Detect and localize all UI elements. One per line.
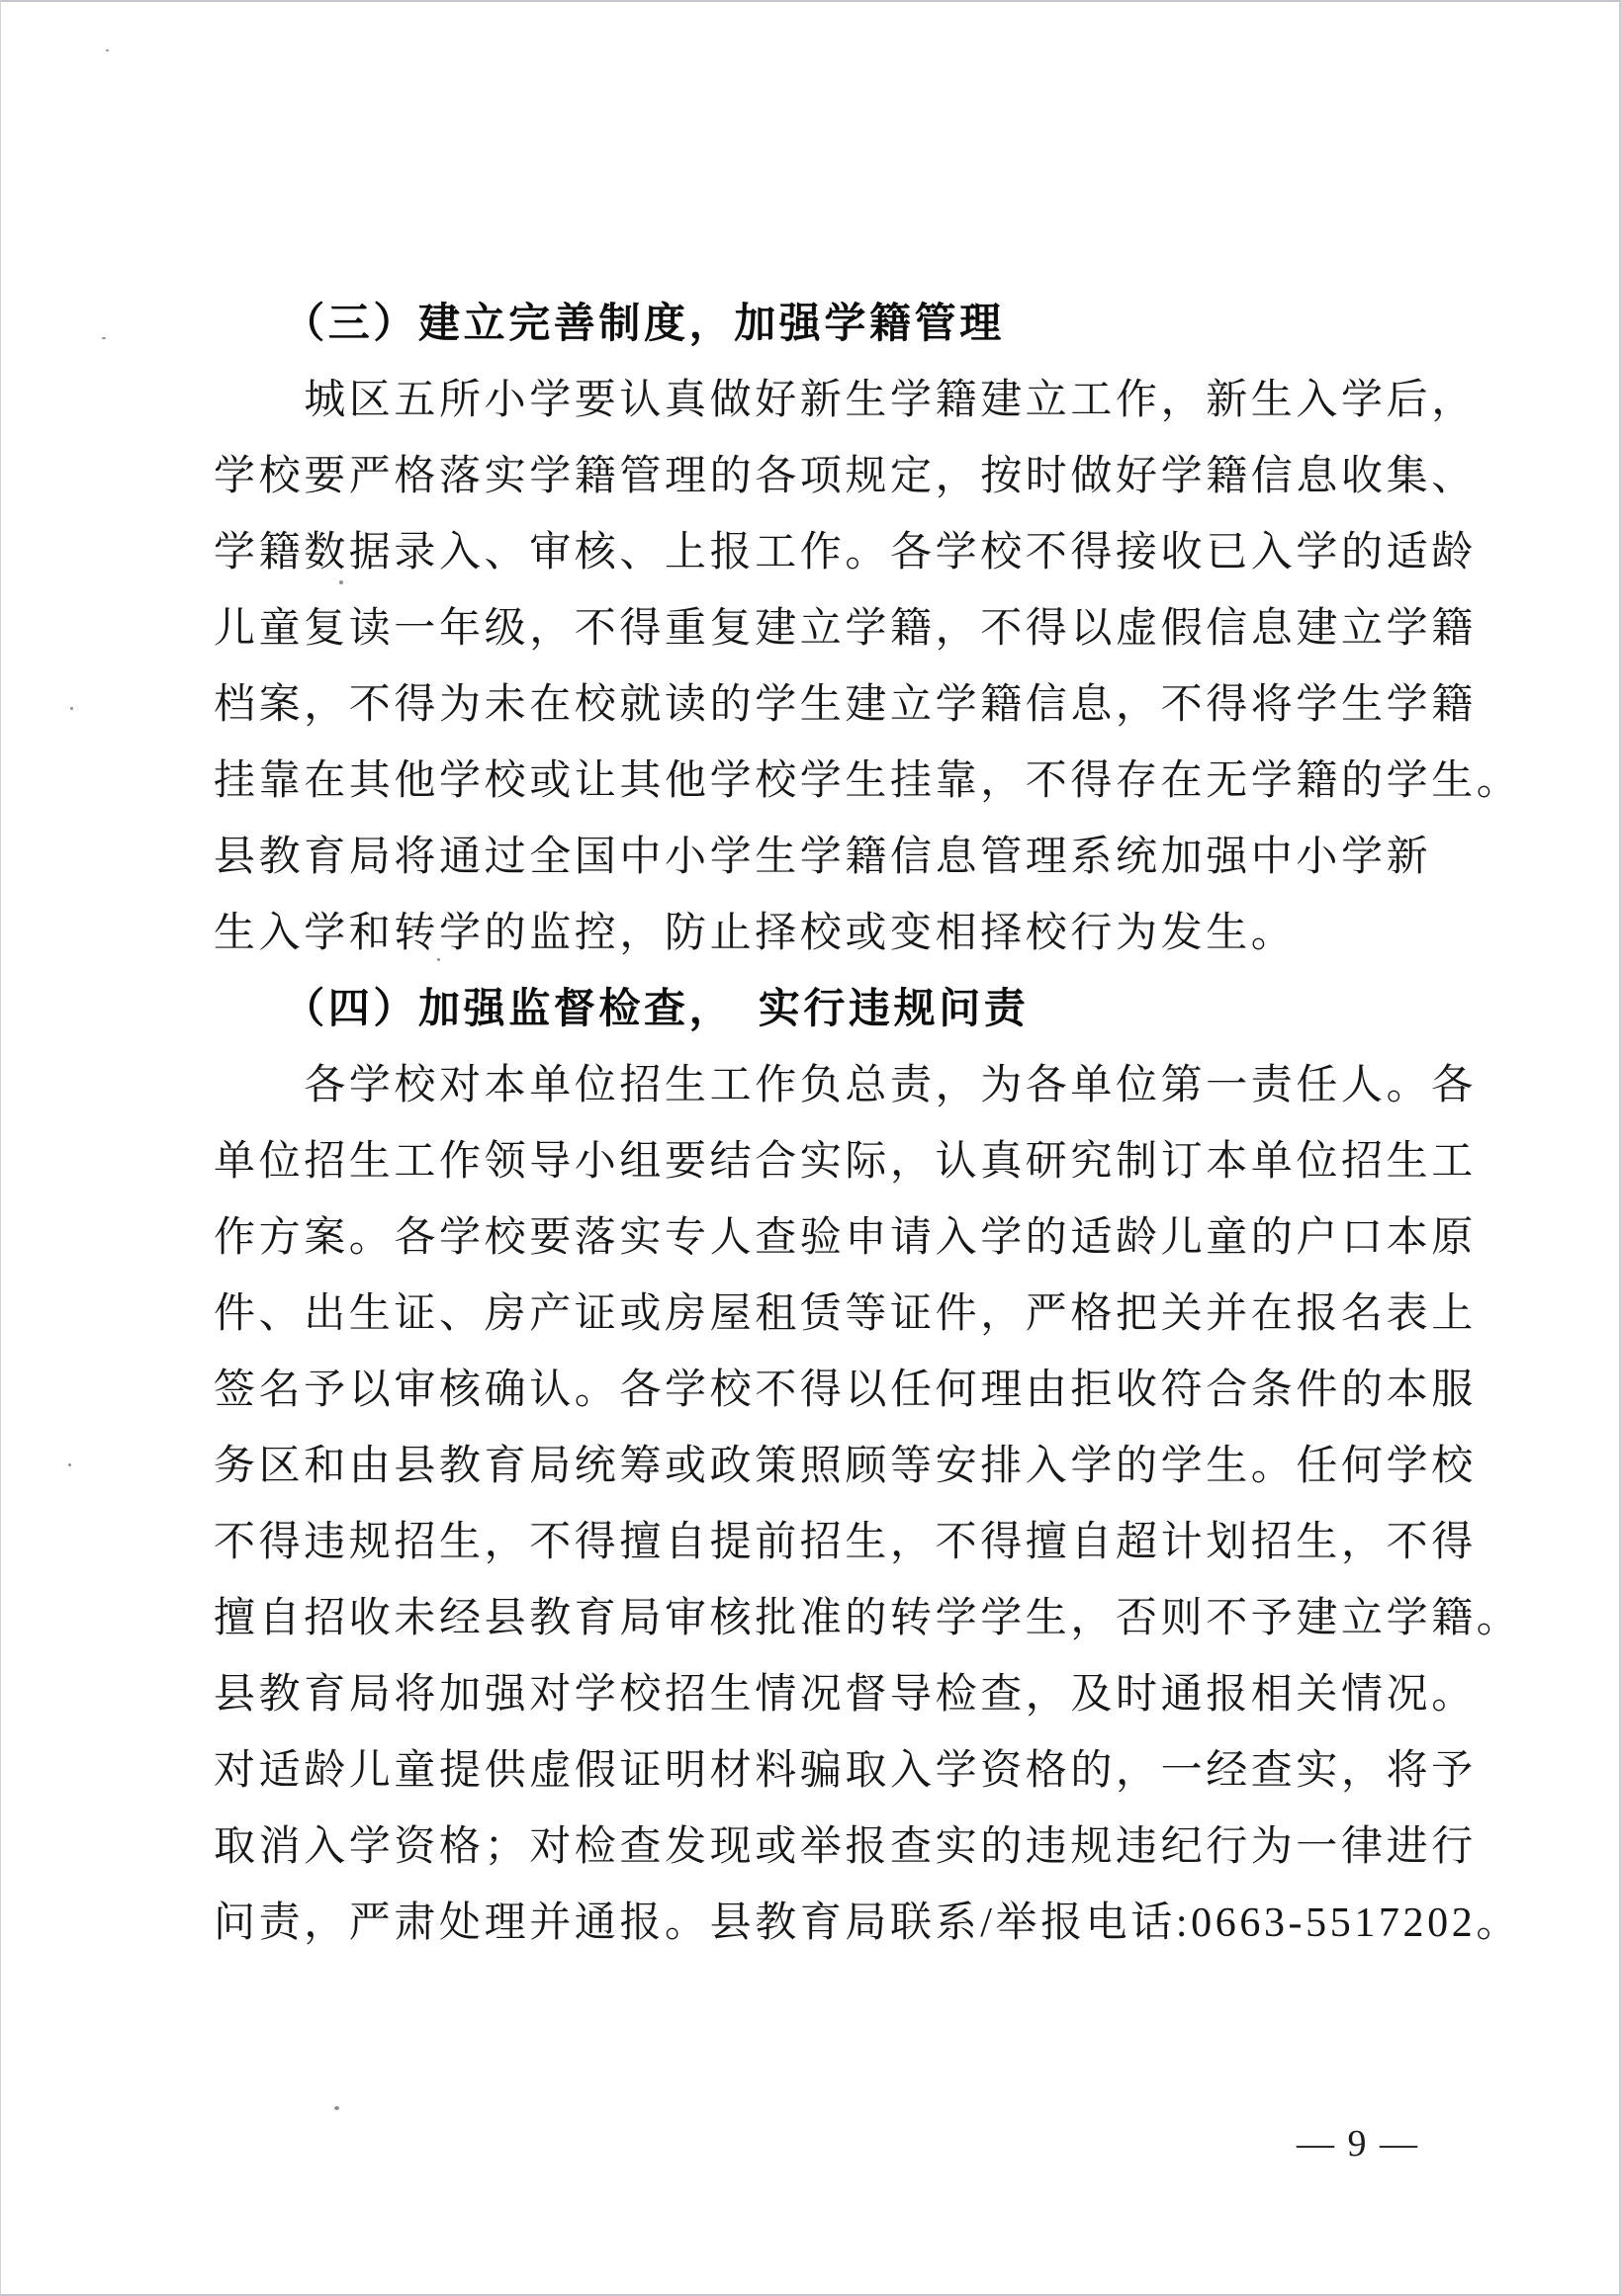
- scan-speck: [106, 49, 109, 51]
- document-line: 学校要严格落实学籍管理的各项规定，按时做好学籍信息收集、: [214, 439, 1489, 515]
- document-line: 儿童复读一年级，不得重复建立学籍，不得以虚假信息建立学籍: [214, 591, 1489, 667]
- document-line: 擅自招收未经县教育局审核批准的转学学生，否则不予建立学籍。: [214, 1581, 1489, 1657]
- document-line: 件、出生证、房产证或房屋租赁等证件，严格把关并在报名表上: [214, 1277, 1489, 1353]
- document-line: 各学校对本单位招生工作负总责，为各单位第一责任人。各: [214, 1048, 1489, 1124]
- document-body: （三）建立完善制度，加强学籍管理 城区五所小学要认真做好新生学籍建立工作，新生入…: [214, 287, 1489, 1962]
- document-line: 学籍数据录入、审核、上报工作。各学校不得接收已入学的适龄: [214, 515, 1489, 591]
- scanned-document-page: （三）建立完善制度，加强学籍管理 城区五所小学要认真做好新生学籍建立工作，新生入…: [0, 0, 1621, 2296]
- document-line: 城区五所小学要认真做好新生学籍建立工作，新生入学后，: [214, 363, 1489, 439]
- page-number: — 9 —: [1279, 2114, 1437, 2173]
- document-line: 签名予以审核确认。各学校不得以任何理由拒收符合条件的本服: [214, 1353, 1489, 1429]
- document-line: 档案，不得为未在校就读的学生建立学籍信息，不得将学生学籍: [214, 667, 1489, 744]
- document-line: 取消入学资格；对检查发现或举报查实的违规违纪行为一律进行: [214, 1810, 1489, 1886]
- section-heading-4: （四）加强监督检查， 实行违规问责: [214, 972, 1489, 1048]
- scan-speck: [334, 2106, 339, 2110]
- document-line: 不得违规招生，不得擅自提前招生，不得擅自超计划招生，不得: [214, 1505, 1489, 1581]
- document-line: 县教育局将通过全国中小学生学籍信息管理系统加强中小学新: [214, 820, 1489, 896]
- section-heading-3: （三）建立完善制度，加强学籍管理: [214, 287, 1489, 363]
- document-line: 挂靠在其他学校或让其他学校学生挂靠，不得存在无学籍的学生。: [214, 744, 1489, 820]
- document-line: 县教育局将加强对学校招生情况督导检查，及时通报相关情况。: [214, 1657, 1489, 1733]
- scan-speck: [68, 1463, 71, 1466]
- document-line: 对适龄儿童提供虚假证明材料骗取入学资格的，一经查实，将予: [214, 1733, 1489, 1810]
- scan-speck: [70, 707, 73, 710]
- document-line: 单位招生工作领导小组要结合实际，认真研究制订本单位招生工: [214, 1124, 1489, 1200]
- document-line: 作方案。各学校要落实专人查验申请入学的适龄儿童的户口本原: [214, 1200, 1489, 1277]
- scan-speck: [102, 337, 106, 339]
- document-line: 生入学和转学的监控，防止择校或变相择校行为发生。: [214, 896, 1489, 972]
- scan-speck: [437, 958, 440, 961]
- scan-speck: [339, 580, 343, 584]
- document-line: 务区和由县教育局统筹或政策照顾等安排入学的学生。任何学校: [214, 1429, 1489, 1505]
- document-line: 问责，严肃处理并通报。县教育局联系/举报电话:0663-5517202。: [214, 1886, 1489, 1962]
